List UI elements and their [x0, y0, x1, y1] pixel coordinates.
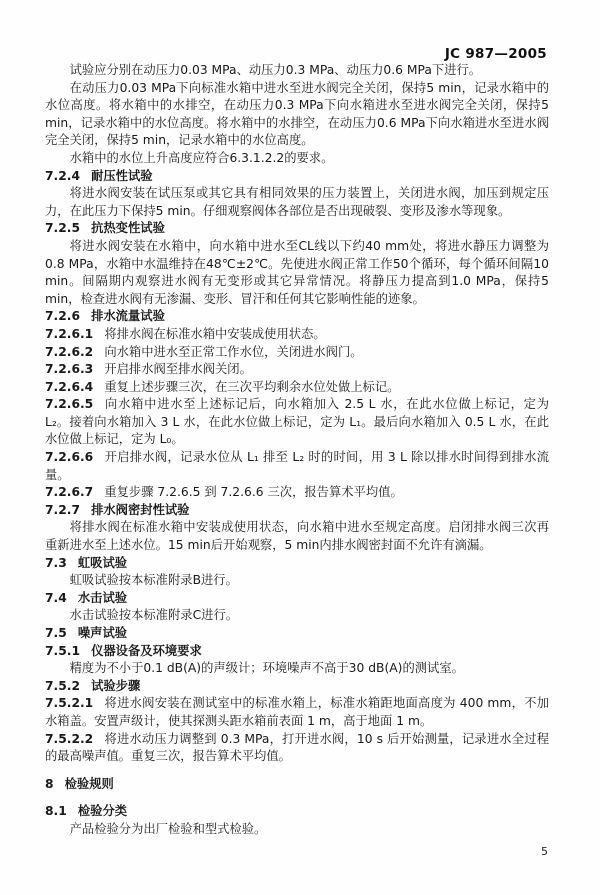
clause-step: 7.2.6.2向水箱中进水至正常工作水位，关闭进水阀门。 [45, 344, 549, 362]
clause-number: 7.4 [45, 591, 67, 605]
clause-number: 8.1 [45, 804, 67, 818]
clause-step: 7.2.6.7重复步骤 7.2.6.5 到 7.2.6.6 三次，报告算术平均值… [45, 484, 549, 502]
clause-number: 7.5 [45, 626, 67, 640]
paragraph: 在动压力0.03 MPa下向标准水箱中进水至进水阀完全关闭，保持5 min，记录… [45, 80, 549, 150]
clause-heading: 7.4水击试验 [45, 590, 549, 608]
clause-step: 7.2.6.5向水箱中进水至上述标记后，向水箱加入 2.5 L 水，在此水位做上… [45, 396, 549, 449]
clause-number: 7.2.6.1 [45, 327, 93, 341]
clause-heading: 7.2.7排水阀密封性试验 [45, 502, 549, 520]
paragraph: 产品检验分为出厂检验和型式检验。 [45, 821, 549, 839]
clause-number: 7.2.6.2 [45, 345, 93, 359]
chapter-heading: 8检验规则 [45, 776, 549, 794]
clause-number: 7.2.5 [45, 221, 80, 235]
document-page: JC 987—2005 试验应分别在动压力0.03 MPa、动压力0.3 MPa… [0, 0, 600, 895]
clause-step: 7.2.6.1将排水阀在标准水箱中安装成使用状态。 [45, 326, 549, 344]
clause-number: 7.5.2.2 [45, 732, 93, 746]
paragraph: 将进水阀安装在试压泵或其它具有相同效果的压力装置上，关闭进水阀，加压到规定压力，… [45, 185, 549, 220]
standard-number-header: JC 987—2005 [445, 46, 547, 62]
paragraph: 试验应分别在动压力0.03 MPa、动压力0.3 MPa、动压力0.6 MPa下… [45, 62, 549, 80]
clause-heading: 7.5噪声试验 [45, 625, 549, 643]
clause-number: 7.5.1 [45, 644, 80, 658]
clause-heading: 7.2.4耐压性试验 [45, 168, 549, 186]
clause-step: 7.5.2.2将进水动压力调整到 0.3 MPa，打开进水阀，10 s 后开始测… [45, 731, 549, 766]
paragraph: 将进水阀安装在水箱中，向水箱中进水至CL线以下约40 mm处，将进水静压力调整为… [45, 238, 549, 308]
clause-heading: 7.3虹吸试验 [45, 555, 549, 573]
clause-number: 7.5.2 [45, 679, 80, 693]
clause-number: 7.3 [45, 556, 67, 570]
paragraph: 将排水阀在标准水箱中安装成使用状态，向水箱中进水至规定高度。启闭排水阀三次再重新… [45, 519, 549, 554]
clause-heading: 8.1检验分类 [45, 803, 549, 821]
clause-number: 7.2.6.5 [45, 397, 93, 411]
paragraph: 水箱中的水位上升高度应符合6.3.1.2.2的要求。 [45, 150, 549, 168]
clause-step: 7.2.6.3开启排水阀至排水阀关闭。 [45, 361, 549, 379]
clause-number: 7.2.6.7 [45, 485, 93, 499]
clause-heading: 7.5.1仪器设备及环境要求 [45, 643, 549, 661]
clause-number: 7.2.6.4 [45, 380, 93, 394]
page-number: 5 [541, 845, 548, 858]
clause-number: 7.2.6 [45, 309, 80, 323]
clause-number: 7.2.6.6 [45, 450, 93, 464]
clause-number: 7.2.4 [45, 169, 80, 183]
clause-heading: 7.5.2试验步骤 [45, 678, 549, 696]
clause-number: 7.5.2.1 [45, 696, 93, 710]
document-body: 试验应分别在动压力0.03 MPa、动压力0.3 MPa、动压力0.6 MPa下… [45, 62, 549, 839]
clause-heading: 7.2.6排水流量试验 [45, 308, 549, 326]
clause-step: 7.2.6.4重复上述步骤三次，在三次平均剩余水位处做上标记。 [45, 379, 549, 397]
clause-number: 8 [45, 777, 54, 791]
paragraph: 水击试验按本标准附录C进行。 [45, 607, 549, 625]
paragraph: 虹吸试验按本标准附录B进行。 [45, 572, 549, 590]
clause-step: 7.2.6.6开启排水阀，记录水位从 L₁ 排至 L₂ 时的时间，用 3 L 除… [45, 449, 549, 484]
clause-heading: 7.2.5抗热变性试验 [45, 220, 549, 238]
clause-step: 7.5.2.1将进水阀安装在测试室中的标准水箱上，标准水箱距地面高度为 400 … [45, 695, 549, 730]
clause-number: 7.2.7 [45, 503, 80, 517]
clause-number: 7.2.6.3 [45, 362, 93, 376]
paragraph: 精度为不小于0.1 dB(A)的声级计；环境噪声不高于30 dB(A)的测试室。 [45, 660, 549, 678]
